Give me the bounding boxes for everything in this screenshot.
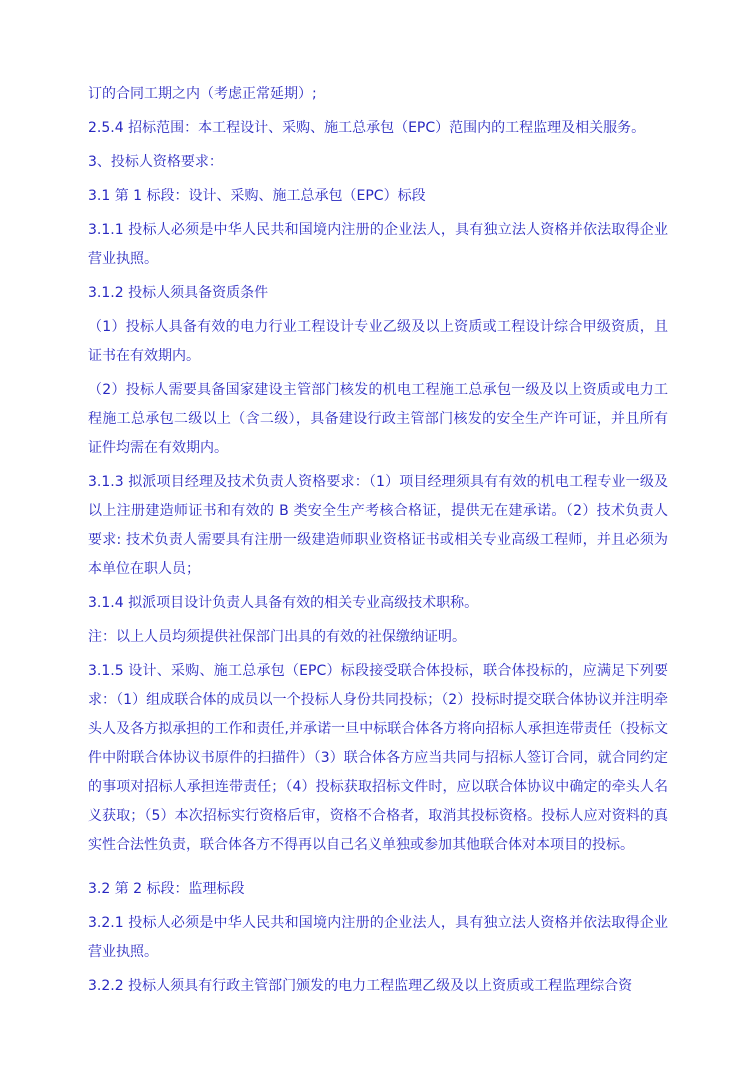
- heading-3-bidder-qualifications: 3、投标人资格要求：: [88, 148, 668, 177]
- clause-3-1-1-legal-entity: 3.1.1 投标人必须是中华人民共和国境内注册的企业法人，具有独立法人资格并依法…: [88, 216, 668, 274]
- clause-3-1-2-item-2-construction-qualification: （2）投标人需要具备国家建设主管部门核发的机电工程施工总承包一级及以上资质或电力…: [88, 376, 668, 463]
- clause-3-1-2-item-1-design-qualification: （1）投标人具备有效的电力行业工程设计专业乙级及以上资质或工程设计综合甲级资质，…: [88, 313, 668, 371]
- document-page: { "page": { "background": "#ffffff", "te…: [0, 0, 753, 1073]
- clause-3-1-4-design-lead-title: 3.1.4 拟派项目设计负责人具备有效的相关专业高级技术职称。: [88, 589, 668, 618]
- heading-3-1-section-1-epc: 3.1 第 1 标段：设计、采购、施工总承包（EPC）标段: [88, 182, 668, 211]
- note-social-insurance-proof: 注：以上人员均须提供社保部门出具的有效的社保缴纳证明。: [88, 623, 668, 652]
- heading-3-2-section-2-supervision: 3.2 第 2 标段：监理标段: [88, 875, 668, 904]
- clause-3-2-2-supervision-qualification: 3.2.2 投标人须具有行政主管部门颁发的电力工程监理乙级及以上资质或工程监理综…: [88, 972, 668, 1001]
- clause-contract-period-continuation: 订的合同工期之内（考虑正常延期）;: [88, 80, 668, 109]
- clause-3-1-5-consortium-bidding: 3.1.5 设计、采购、施工总承包（EPC）标段接受联合体投标，联合体投标的，应…: [88, 657, 668, 860]
- clause-2-5-4-tender-scope: 2.5.4 招标范围：本工程设计、采购、施工总承包（EPC）范围内的工程监理及相…: [88, 114, 668, 143]
- clause-3-1-2-qualification-conditions: 3.1.2 投标人须具备资质条件: [88, 279, 668, 308]
- clause-3-1-3-project-manager-requirements: 3.1.3 拟派项目经理及技术负责人资格要求：（1）项目经理须具有有效的机电工程…: [88, 468, 668, 584]
- clause-3-2-1-legal-entity: 3.2.1 投标人必须是中华人民共和国境内注册的企业法人，具有独立法人资格并依法…: [88, 909, 668, 967]
- document-content: 订的合同工期之内（考虑正常延期）; 2.5.4 招标范围：本工程设计、采购、施工…: [88, 80, 668, 1006]
